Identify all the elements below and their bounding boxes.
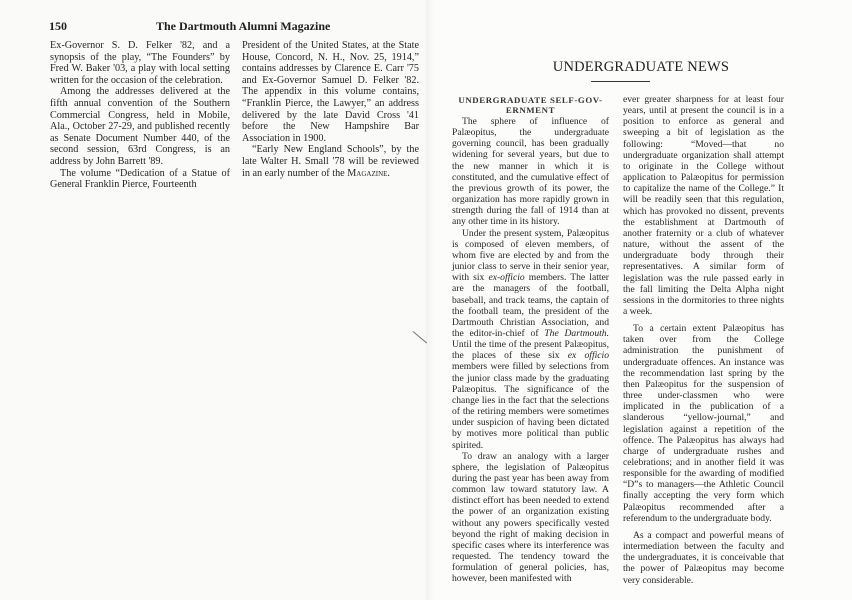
article-heading-line: ERNMENT <box>452 105 609 115</box>
book-gutter <box>426 0 434 600</box>
article-heading-line: UNDERGRADUATE SELF-GOV- <box>452 95 609 105</box>
paragraph: To a certain extent Palæopitus has taken… <box>623 323 784 524</box>
paragraph: Among the addresses delivered at the fif… <box>50 86 230 167</box>
page-number: 150 <box>49 19 67 34</box>
magazine-reference: Magazine. <box>347 168 390 179</box>
left-column-2: President of the United States, at the S… <box>242 40 419 179</box>
article-heading: UNDERGRADUATE SELF-GOV- ERNMENT <box>452 95 609 115</box>
paragraph-text: “Early New England Schools”, by the late… <box>242 144 419 178</box>
paragraph: Under the present system, Palæopitus is … <box>452 228 609 451</box>
paragraph: “Early New England Schools”, by the late… <box>242 144 419 179</box>
right-column-2: ever greater sharpness for at least four… <box>623 94 784 586</box>
paragraph: Ex-Governor S. D. Felker '82, and a syno… <box>50 40 230 86</box>
text: members were filled by selections from t… <box>452 361 609 450</box>
left-column-1: Ex-Governor S. D. Felker '82, and a syno… <box>50 40 230 191</box>
italic-title: The Dartmouth. <box>544 328 609 339</box>
right-column-1: UNDERGRADUATE SELF-GOV- ERNMENT The sphe… <box>452 95 609 585</box>
title-divider <box>591 81 650 82</box>
paragraph: President of the United States, at the S… <box>242 40 419 144</box>
section-title: UNDERGRADUATE NEWS <box>430 59 852 76</box>
paragraph: As a compact and powerful means of inter… <box>623 530 784 586</box>
paragraph: The sphere of influence of Palæopitus, t… <box>452 116 609 228</box>
paragraph: The volume “Dedication of a Statue of Ge… <box>50 168 230 191</box>
paragraph: To draw an analogy with a larger sphere,… <box>452 451 609 585</box>
paragraph: ever greater sharpness for at least four… <box>623 94 784 317</box>
magazine-title: The Dartmouth Alumni Magazine <box>156 19 330 34</box>
italic-term: ex officio <box>568 350 609 361</box>
italic-term: ex-officio <box>488 272 524 283</box>
